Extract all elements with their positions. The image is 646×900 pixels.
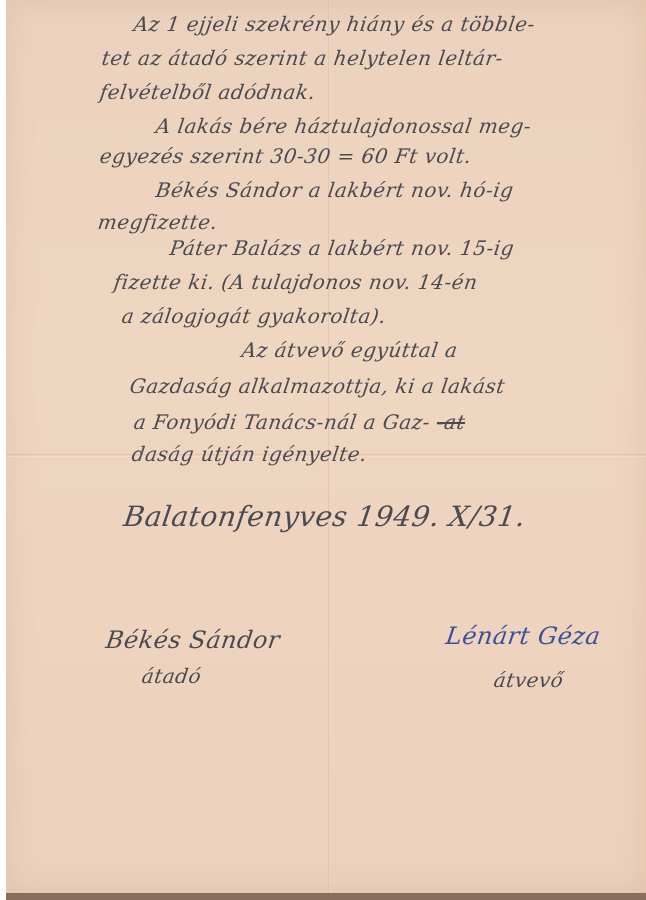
signature-right-name: Lénárt Géza	[444, 622, 602, 650]
paragraph-4-line-3: a zálogjogát gyakorolta).	[120, 304, 388, 328]
paragraph-5-line-2: Gazdaság alkalmazottja, ki a lakást	[128, 374, 506, 398]
struck-out-word: -at	[435, 410, 467, 434]
paragraph-5-line-1: Az átvevő egyúttal a	[240, 338, 459, 362]
paragraph-5-line-3-text: a Fonyódi Tanács-nál a Gaz-	[132, 410, 432, 434]
signature-left-name: Békés Sándor	[104, 626, 282, 654]
paragraph-4-line-2: fizette ki. (A tulajdonos nov. 14-én	[112, 270, 479, 294]
paper-bottom-edge	[6, 893, 646, 900]
paragraph-3-line-1: Békés Sándor a lakbért nov. hó-ig	[154, 178, 515, 202]
paragraph-4-line-1: Páter Balázs a lakbért nov. 15-ig	[168, 236, 516, 260]
signature-left-role: átadó	[140, 664, 203, 688]
place-date: Balatonfenyves 1949. X/31.	[122, 500, 528, 533]
paragraph-5-line-4: daság útján igényelte.	[130, 442, 368, 466]
paragraph-1-line-3: felvételből adódnak.	[98, 80, 317, 104]
document-paper: Az 1 ejjeli szekrény hiány és a többle- …	[6, 0, 646, 893]
paragraph-1-line-1: Az 1 ejjeli szekrény hiány és a többle-	[132, 12, 536, 36]
paragraph-2-line-2: egyezés szerint 30-30 = 60 Ft volt.	[98, 144, 473, 168]
paragraph-3-line-2: megfizette.	[96, 210, 219, 234]
paragraph-5-line-3: a Fonyódi Tanács-nál a Gaz- -at	[132, 410, 467, 434]
paragraph-2-line-1: A lakás bére háztulajdonossal meg-	[154, 114, 533, 138]
paragraph-1-line-2: tet az átadó szerint a helytelen leltár-	[100, 46, 504, 70]
signature-right-role: átvevő	[492, 668, 565, 692]
